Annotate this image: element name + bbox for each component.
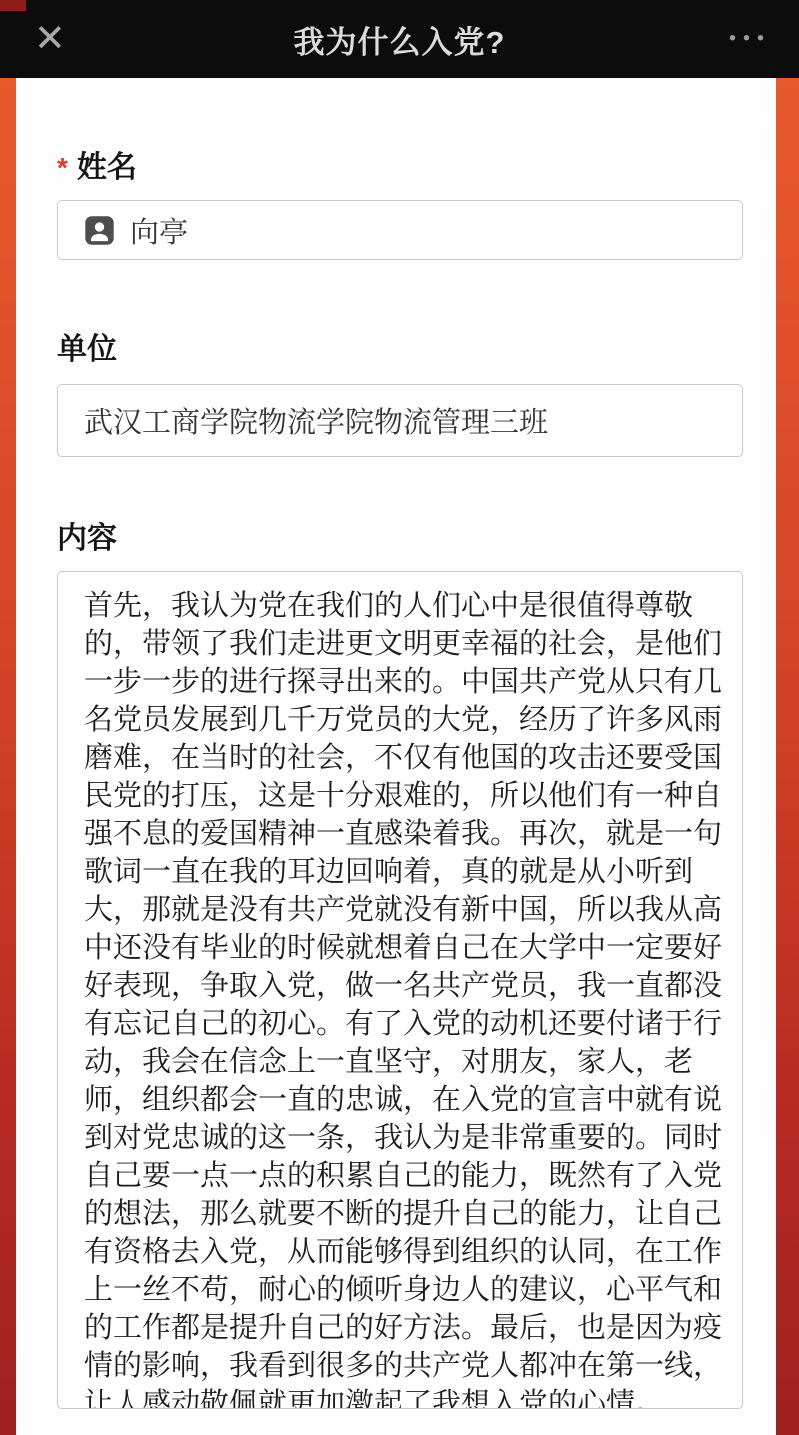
right-red-border (776, 70, 799, 1435)
content-field-label: 内容 (57, 513, 743, 557)
name-input[interactable] (130, 201, 724, 259)
corner-notch (0, 0, 26, 11)
required-asterisk: * (57, 152, 68, 184)
name-input-box[interactable] (57, 200, 743, 260)
header-bar: ✕ 我为什么入党? ••• (0, 0, 799, 78)
form-panel: * 姓名 单位 内容 首先，我认为党在我们的人们心中是很值得尊敬的，带领了我们走… (16, 78, 776, 1435)
person-icon (84, 215, 115, 246)
left-red-border (0, 70, 16, 1435)
unit-label-text: 单位 (57, 324, 117, 368)
content-label-text: 内容 (57, 513, 117, 557)
page-title: 我为什么入党? (294, 17, 506, 62)
unit-field-label: 单位 (57, 324, 743, 368)
content-textarea[interactable]: 首先，我认为党在我们的人们心中是很值得尊敬的，带领了我们走进更文明更幸福的社会，… (57, 571, 743, 1409)
name-label-text: 姓名 (77, 142, 137, 186)
unit-input[interactable] (84, 385, 724, 456)
name-field-label: * 姓名 (57, 142, 743, 186)
more-menu-icon[interactable]: ••• (729, 28, 771, 51)
close-icon[interactable]: ✕ (34, 20, 66, 58)
unit-input-box[interactable] (57, 384, 743, 457)
